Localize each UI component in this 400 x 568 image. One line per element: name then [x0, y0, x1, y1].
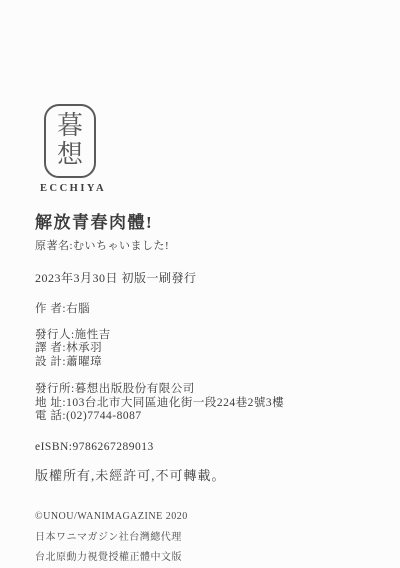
credit-label: 作 者:	[35, 303, 66, 315]
original-title: 原著名:むいちゃいました!	[35, 237, 372, 253]
credit-value: 蕭曜璋	[66, 356, 102, 368]
credit-label: 發行所:	[35, 383, 75, 395]
publisher-row-company: 發行所:暮想出版股份有限公司	[35, 383, 372, 397]
credit-value: 林承羽	[66, 342, 102, 354]
credit-label: 設 計:	[35, 356, 66, 368]
credit-row-designer: 設 計:蕭曜璋	[35, 356, 372, 370]
publisher-brand-name: ECCHIYA	[40, 183, 372, 194]
credit-row-translator: 譯 者:林承羽	[35, 342, 372, 356]
isbn-row: eISBN:9786267289013	[35, 441, 372, 455]
credit-value: 103台北市大同區迪化街一段224巷2號3樓	[66, 397, 284, 409]
publisher-block: 發行所:暮想出版股份有限公司 地 址:103台北市大同區迪化街一段224巷2號3…	[35, 383, 372, 424]
seal-char-top: 暮	[57, 112, 83, 141]
credit-value: 右腦	[66, 303, 90, 315]
credit-value: 暮想出版股份有限公司	[75, 383, 195, 395]
license-line: 台北原動力視覺授權正體中文版	[35, 552, 372, 563]
seal-char-bottom: 想	[57, 141, 83, 170]
colophon-page: 暮 想 ECCHIYA 解放青春肉體! 原著名:むいちゃいました! 2023年3…	[0, 0, 400, 568]
credit-label: 譯 者:	[35, 342, 66, 354]
agency-line: 日本ワニマガジン社台灣總代理	[35, 532, 372, 543]
staff-block: 發行人:施性吉 譯 者:林承羽 設 計:蕭曜璋	[35, 329, 372, 370]
credit-label: 發行人:	[35, 329, 75, 341]
publisher-row-address: 地 址:103台北市大同區迪化街一段224巷2號3樓	[35, 397, 372, 411]
isbn-block: eISBN:9786267289013	[35, 441, 372, 455]
author-block: 作 者:右腦	[35, 303, 372, 317]
publisher-row-phone: 電 話:(02)7744-8087	[35, 410, 372, 424]
book-title: 解放青春肉體!	[35, 213, 372, 233]
edition-date: 2023年3月30日 初版一刷發行	[35, 269, 372, 286]
isbn-value: 9786267289013	[73, 441, 154, 453]
credit-value: (02)7744-8087	[66, 410, 142, 422]
footer-block: ©UNOU/WANIMAGAZINE 2020 日本ワニマガジン社台灣總代理 台…	[35, 511, 372, 563]
rights-notice: 版權所有,未經許可,不可轉載。	[35, 465, 372, 484]
credit-label: 地 址:	[35, 397, 66, 409]
credit-label: 電 話:	[35, 410, 66, 422]
publisher-seal-icon: 暮 想	[44, 104, 96, 178]
publisher-logo: 暮 想 ECCHIYA	[44, 104, 372, 194]
credit-value: 施性吉	[75, 329, 111, 341]
credit-row-issuer: 發行人:施性吉	[35, 329, 372, 343]
credit-row-author: 作 者:右腦	[35, 303, 372, 317]
isbn-label: eISBN:	[35, 441, 73, 453]
copyright-line: ©UNOU/WANIMAGAZINE 2020	[35, 511, 372, 522]
